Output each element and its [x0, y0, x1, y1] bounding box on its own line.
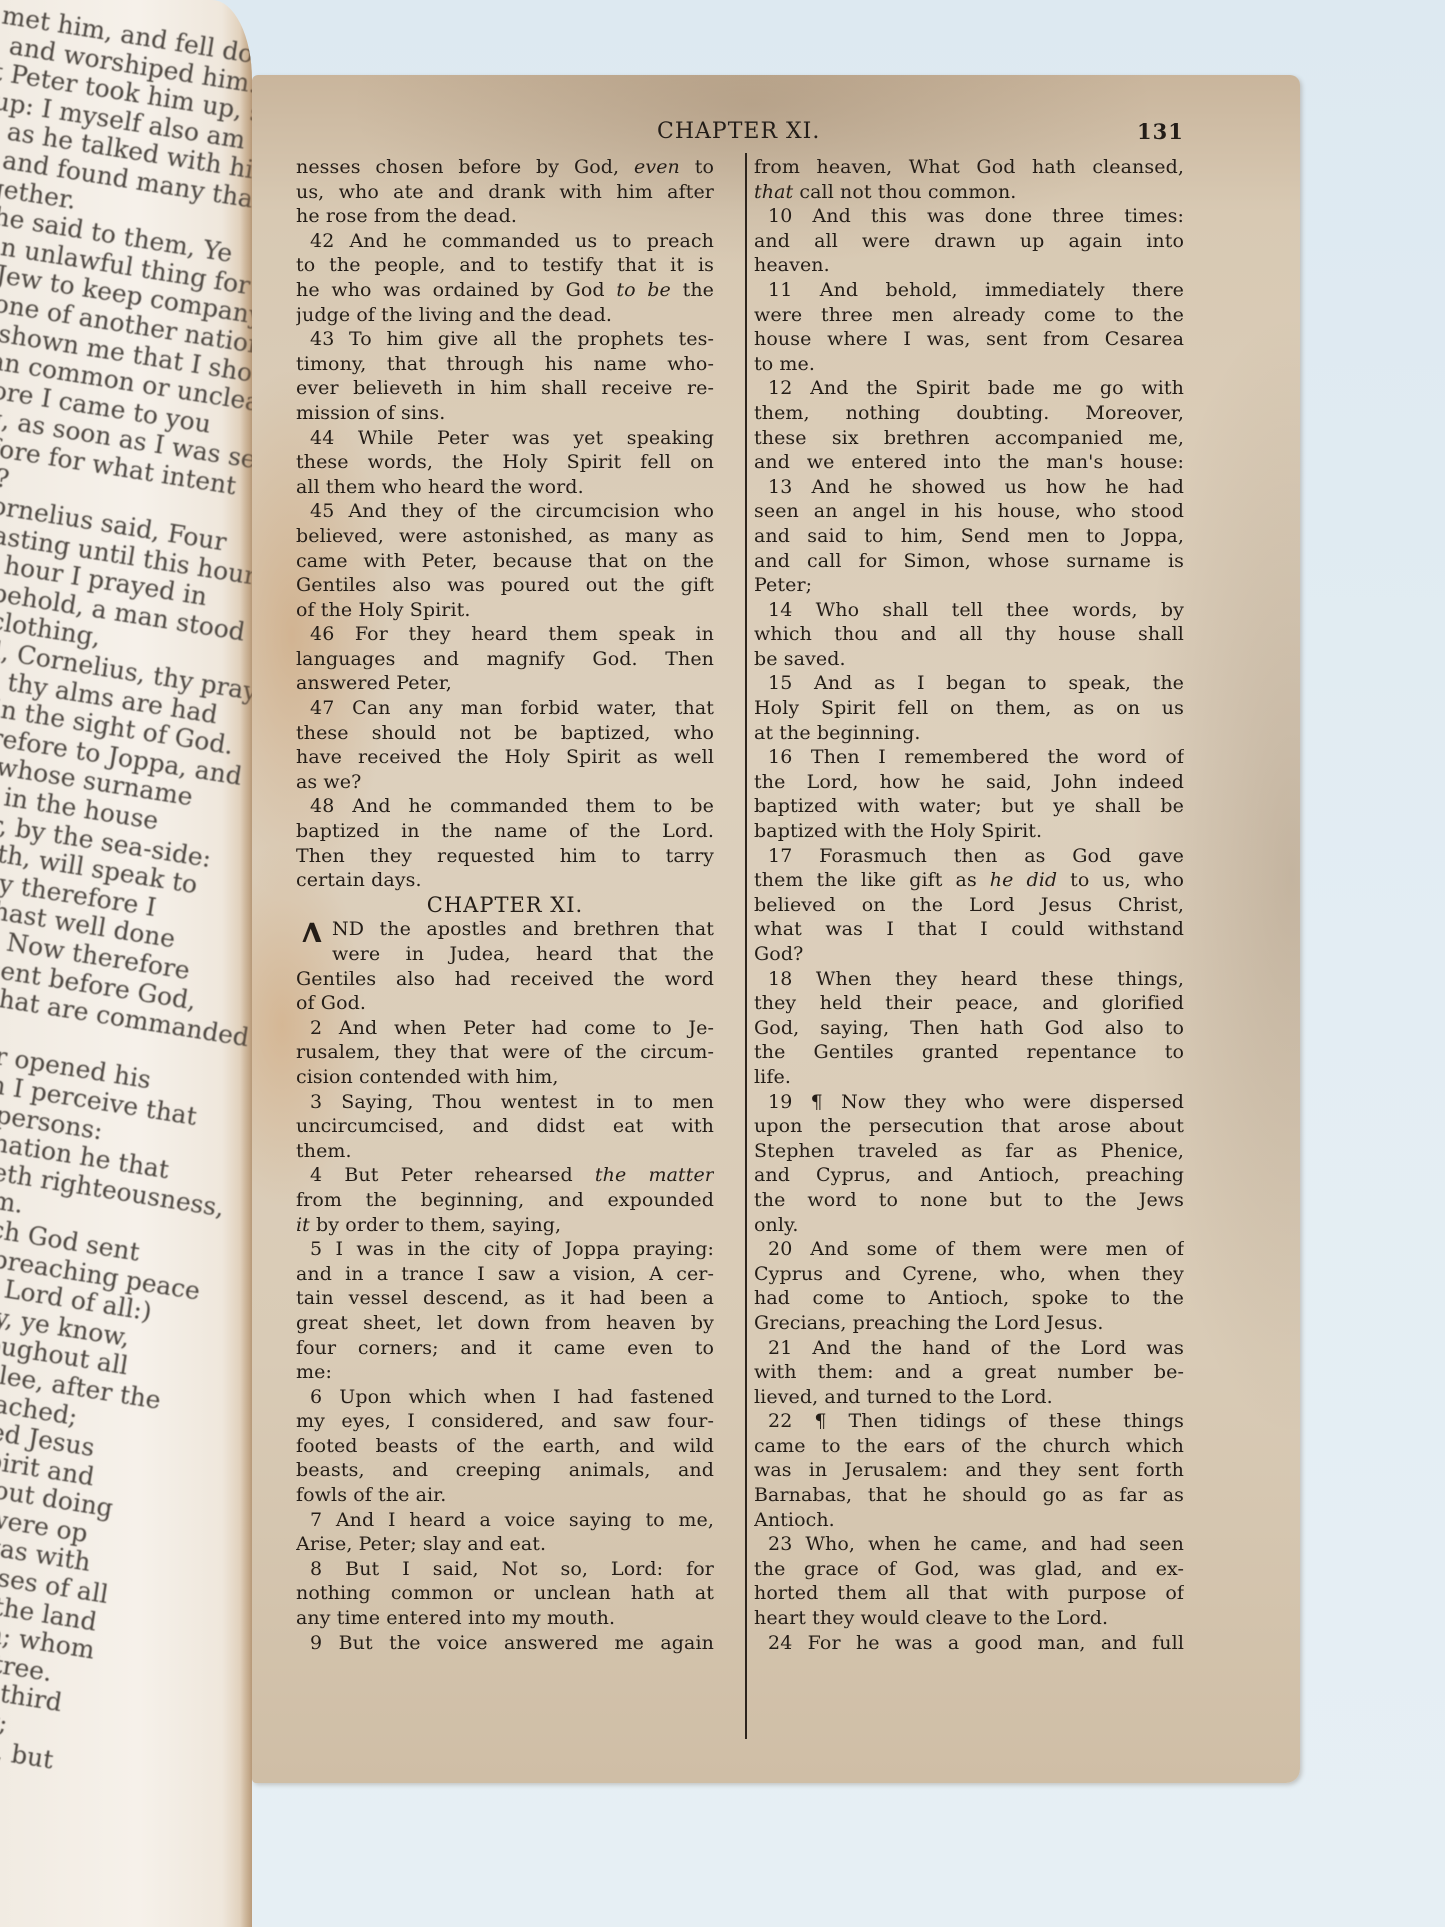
verse-line: these six brethren accompanied me, — [754, 426, 1184, 451]
verse-line: believed, were astonished, as many as — [296, 524, 714, 549]
text-column-left: nesses chosen before by God, even tous, … — [296, 155, 714, 1655]
verse-line: lieved, and turned to the Lord. — [754, 1385, 1184, 1410]
verse-line: at the beginning. — [754, 721, 1184, 746]
verse-line: the word to none but to the Jews — [754, 1188, 1184, 1213]
verse-line: all them who heard the word. — [296, 475, 714, 500]
verse-line: great sheet, let down from heaven by — [296, 1311, 714, 1336]
verse-line: were in Judea, heard that the — [296, 942, 714, 967]
verse-line: certain days. — [296, 868, 714, 893]
right-page: CHAPTER XI. 131 nesses chosen before by … — [252, 75, 1300, 1783]
verse-line: nothing common or unclean hath at — [296, 1581, 714, 1606]
verse-line: only. — [754, 1213, 1184, 1238]
verse-line: AND the apostles and brethren that — [296, 917, 714, 942]
verse-line: the Gentiles granted repentance to — [754, 1040, 1184, 1065]
text-column-right: from heaven, What God hath cleansed,that… — [754, 155, 1184, 1655]
chapter-heading: CHAPTER XI. — [296, 893, 714, 918]
verse-line: God, saying, Then hath God also to — [754, 1016, 1184, 1041]
verse-line: rusalem, they that were of the circum- — [296, 1040, 714, 1065]
verse-line: that call not thou common. — [754, 180, 1184, 205]
verse-line: 14 Who shall tell thee words, by — [754, 598, 1184, 623]
verse-line: uncircumcised, and didst eat with — [296, 1114, 714, 1139]
verse-line: fowls of the air. — [296, 1483, 714, 1508]
verse-line: Arise, Peter; slay and eat. — [296, 1532, 714, 1557]
verse-line: seen an angel in his house, who stood — [754, 499, 1184, 524]
verse-line: as we? — [296, 770, 714, 795]
verse-line: 12 And the Spirit bade me go with — [754, 376, 1184, 401]
page-gutter-shadow — [240, 0, 252, 1927]
verse-line: me: — [296, 1360, 714, 1385]
verse-line: 5 I was in the city of Joppa praying: — [296, 1237, 714, 1262]
left-page: er met him, and fell downen, and worship… — [0, 0, 252, 1927]
verse-line: be saved. — [754, 647, 1184, 672]
verse-line: God? — [754, 942, 1184, 967]
verse-line: them. — [296, 1139, 714, 1164]
verse-line: and we entered into the man's house: — [754, 450, 1184, 475]
verse-line: 18 When they heard these things, — [754, 967, 1184, 992]
verse-line: Gentiles also was poured out the gift — [296, 573, 714, 598]
verse-line: them the like gift as he did to us, who — [754, 868, 1184, 893]
verse-line: Cyprus and Cyrene, who, when they — [754, 1262, 1184, 1287]
verse-line: beasts, and creeping animals, and — [296, 1458, 714, 1483]
verse-line: he rose from the dead. — [296, 204, 714, 229]
verse-line: 11 And behold, immediately there — [754, 278, 1184, 303]
verse-line: 7 And I heard a voice saying to me, — [296, 1508, 714, 1533]
verse-line: 23 Who, when he came, and had seen — [754, 1532, 1184, 1557]
verse-line: was in Jerusalem: and they sent forth — [754, 1458, 1184, 1483]
verse-line: the Lord, how he said, John indeed — [754, 770, 1184, 795]
verse-line: from heaven, What God hath cleansed, — [754, 155, 1184, 180]
verse-line: heart they would cleave to the Lord. — [754, 1606, 1184, 1631]
verse-line: timony, that through his name who- — [296, 352, 714, 377]
verse-line: had come to Antioch, spoke to the — [754, 1286, 1184, 1311]
verse-line: 19 ¶ Now they who were dispersed — [754, 1090, 1184, 1115]
verse-line: 20 And some of them were men of — [754, 1237, 1184, 1262]
verse-line: and Cyprus, and Antioch, preaching — [754, 1163, 1184, 1188]
verse-line: answered Peter, — [296, 671, 714, 696]
verse-line: any time entered into my mouth. — [296, 1606, 714, 1631]
verse-line: Stephen traveled as far as Phenice, — [754, 1139, 1184, 1164]
verse-line: upon the persecution that arose about — [754, 1114, 1184, 1139]
verse-line: came with Peter, because that on the — [296, 549, 714, 574]
verse-line: these should not be baptized, who — [296, 721, 714, 746]
page-number: 131 — [1137, 119, 1184, 144]
verse-line: 44 While Peter was yet speaking — [296, 426, 714, 451]
verse-line: 13 And he showed us how he had — [754, 475, 1184, 500]
verse-line: and call for Simon, whose surname is — [754, 549, 1184, 574]
verse-line: 2 And when Peter had come to Je- — [296, 1016, 714, 1041]
verse-line: 16 Then I remembered the word of — [754, 745, 1184, 770]
verse-line: my eyes, I considered, and saw four- — [296, 1409, 714, 1434]
verse-line: believed on the Lord Jesus Christ, — [754, 893, 1184, 918]
verse-line: four corners; and it came even to — [296, 1336, 714, 1361]
verse-line: 21 And the hand of the Lord was — [754, 1336, 1184, 1361]
verse-line: 4 But Peter rehearsed the matter — [296, 1163, 714, 1188]
verse-line: to the people, and to testify that it is — [296, 253, 714, 278]
verse-line: 46 For they heard them speak in — [296, 622, 714, 647]
verse-line: footed beasts of the earth, and wild — [296, 1434, 714, 1459]
verse-line: baptized with the Holy Spirit. — [754, 819, 1184, 844]
verse-line: Antioch. — [754, 1508, 1184, 1533]
verse-line: nesses chosen before by God, even to — [296, 155, 714, 180]
verse-line: 48 And he commanded them to be — [296, 794, 714, 819]
left-page-text: er met him, and fell downen, and worship… — [0, 0, 252, 1766]
verse-line: which thou and all thy house shall — [754, 622, 1184, 647]
verse-line: 6 Upon which when I had fastened — [296, 1385, 714, 1410]
verse-line: and all were drawn up again into — [754, 229, 1184, 254]
verse-line: to me. — [754, 352, 1184, 377]
verse-line: they held their peace, and glorified — [754, 991, 1184, 1016]
verse-line: 45 And they of the circumcision who — [296, 499, 714, 524]
running-head-title: CHAPTER XI. — [657, 119, 820, 144]
verse-line: Grecians, preaching the Lord Jesus. — [754, 1311, 1184, 1336]
verse-line: with them: and a great number be- — [754, 1360, 1184, 1385]
verse-line: have received the Holy Spirit as well — [296, 745, 714, 770]
verse-line: heaven. — [754, 253, 1184, 278]
verse-line: languages and magnify God. Then — [296, 647, 714, 672]
verse-line: 47 Can any man forbid water, that — [296, 696, 714, 721]
verse-line: us, who ate and drank with him after — [296, 180, 714, 205]
verse-line: ever believeth in him shall receive re- — [296, 376, 714, 401]
verse-line: came to the ears of the church which — [754, 1434, 1184, 1459]
verse-line: 17 Forasmuch then as God gave — [754, 844, 1184, 869]
verse-line: the grace of God, was glad, and ex- — [754, 1557, 1184, 1582]
verse-line: were three men already come to the — [754, 303, 1184, 328]
verse-line: of God. — [296, 991, 714, 1016]
verse-line: what was I that I could withstand — [754, 917, 1184, 942]
verse-line: Then they requested him to tarry — [296, 844, 714, 869]
verse-line: 22 ¶ Then tidings of these things — [754, 1409, 1184, 1434]
column-divider — [745, 153, 747, 1739]
verse-line: from the beginning, and expounded — [296, 1188, 714, 1213]
verse-line: and said to him, Send men to Joppa, — [754, 524, 1184, 549]
verse-line: these words, the Holy Spirit fell on — [296, 450, 714, 475]
verse-line: baptized with water; but ye shall be — [754, 794, 1184, 819]
drop-cap: A — [296, 919, 330, 942]
verse-line: it by order to them, saying, — [296, 1213, 714, 1238]
verse-line: 42 And he commanded us to preach — [296, 229, 714, 254]
verse-line: 24 For he was a good man, and full — [754, 1631, 1184, 1656]
verse-line: Holy Spirit fell on them, as on us — [754, 696, 1184, 721]
verse-line: cision contended with him, — [296, 1065, 714, 1090]
verse-line: 43 To him give all the prophets tes- — [296, 327, 714, 352]
verse-line: Barnabas, that he should go as far as — [754, 1483, 1184, 1508]
verse-line: 15 And as I began to speak, the — [754, 671, 1184, 696]
verse-line: horted them all that with purpose of — [754, 1581, 1184, 1606]
verse-line: baptized in the name of the Lord. — [296, 819, 714, 844]
verse-line: Peter; — [754, 573, 1184, 598]
verse-line: tain vessel descend, as it had been a — [296, 1286, 714, 1311]
verse-line: life. — [754, 1065, 1184, 1090]
verse-line: them, nothing doubting. Moreover, — [754, 401, 1184, 426]
verse-line: he who was ordained by God to be the — [296, 278, 714, 303]
verse-line: 10 And this was done three times: — [754, 204, 1184, 229]
verse-line: and in a trance I saw a vision, A cer- — [296, 1262, 714, 1287]
running-head: CHAPTER XI. 131 — [252, 119, 1300, 149]
verse-line: 8 But I said, Not so, Lord: for — [296, 1557, 714, 1582]
verse-line: Gentiles also had received the word — [296, 967, 714, 992]
verse-line: judge of the living and the dead. — [296, 303, 714, 328]
verse-line: house where I was, sent from Cesarea — [754, 327, 1184, 352]
verse-line: of the Holy Spirit. — [296, 598, 714, 623]
verse-line: mission of sins. — [296, 401, 714, 426]
verse-line: 9 But the voice answered me again — [296, 1631, 714, 1656]
verse-line: 3 Saying, Thou wentest in to men — [296, 1090, 714, 1115]
